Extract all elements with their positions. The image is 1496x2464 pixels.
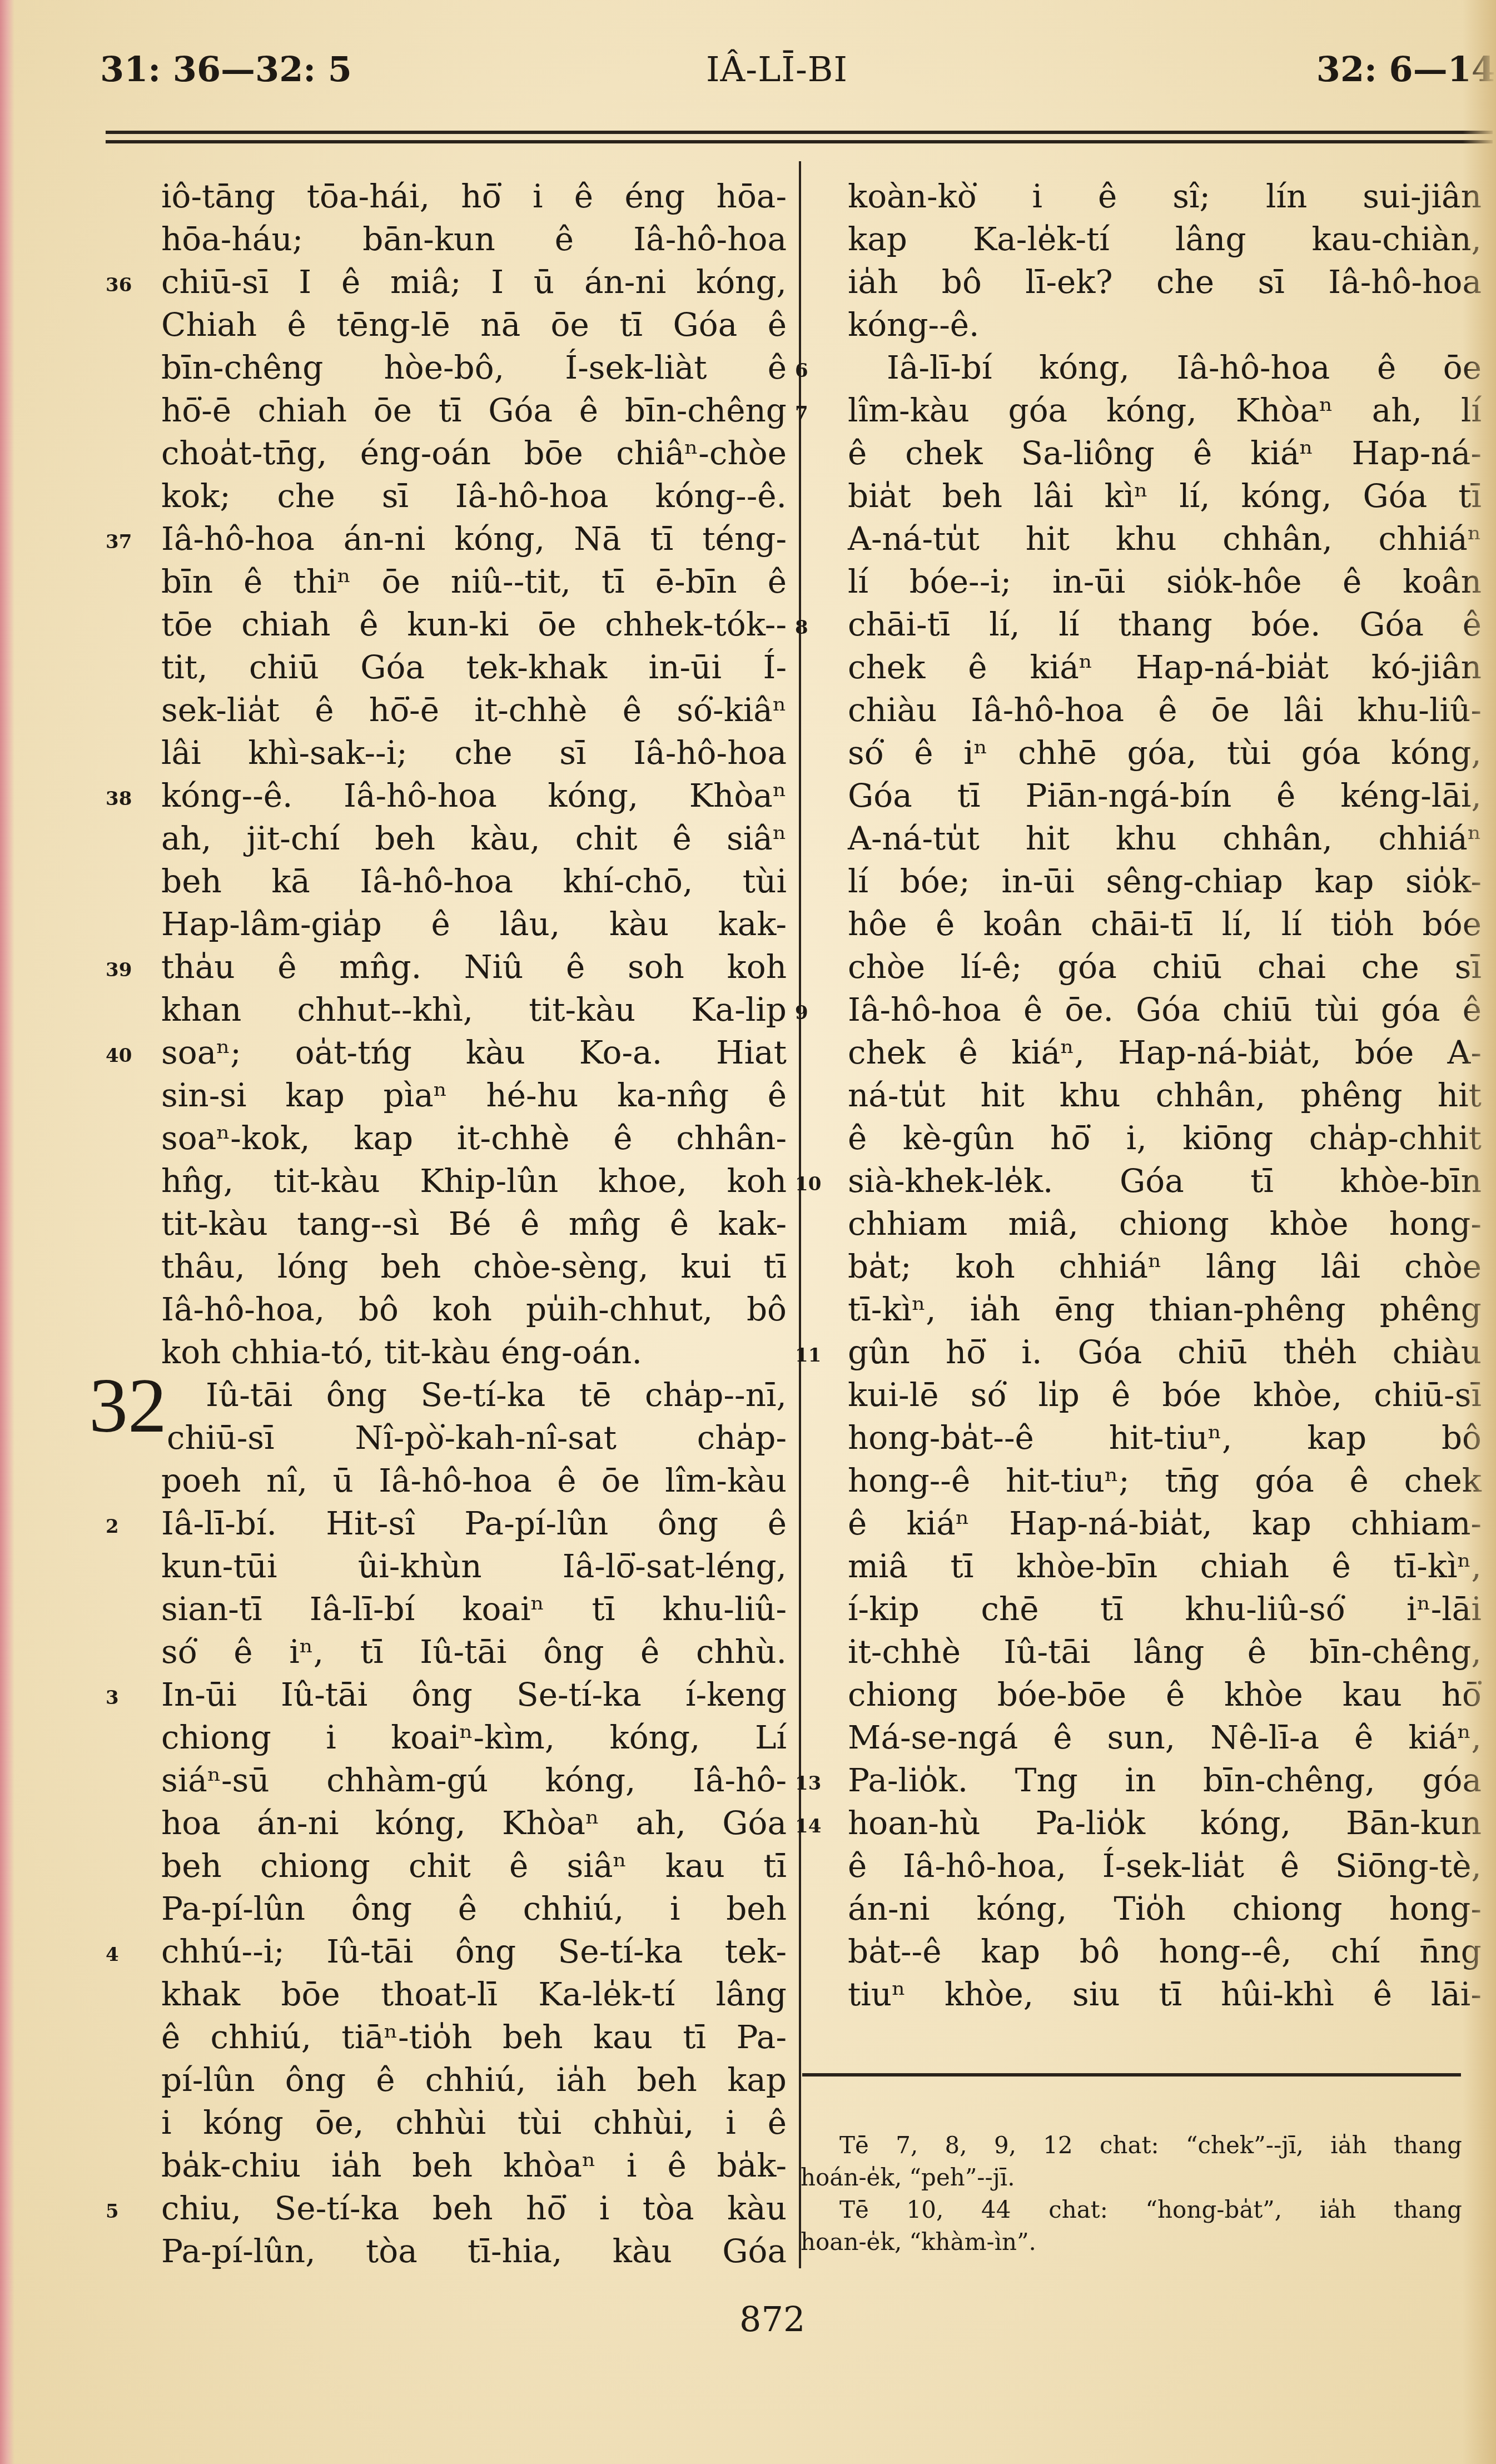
header-double-rule-top [106, 131, 1493, 134]
line-text: bīn ê thiⁿ ōe niû--tit, tī ē-bīn ê [161, 563, 787, 600]
header-double-rule-bottom [106, 140, 1493, 143]
text-line: ê kiáⁿ Hap-ná-bia̍t, kap chhiam- [848, 1502, 1482, 1545]
verse-number: 39 [106, 949, 145, 992]
verse-number: 8 [795, 607, 834, 649]
line-text: kun-tūi ûi-khùn Iâ-lō͘-sat-léng, [161, 1547, 787, 1585]
line-text: Iâ-lī-bí. Hit-sî Pa-pí-lûn ông ê [161, 1504, 787, 1542]
line-text: Iâ-hô-hoa án-ni kóng, Nā tī téng- [161, 520, 787, 558]
text-line: ba̍t--ê kap bô hong--ê, chí n̄ng [848, 1930, 1482, 1973]
line-text: kok; che sī Iâ-hô-hoa kóng--ê. [161, 477, 787, 515]
line-text: ê chhiú, tiāⁿ-tio̍h beh kau tī Pa- [161, 2018, 787, 2056]
text-line: Pa-pí-lûn ông ê chhiú, i beh [161, 1887, 787, 1930]
text-line: án-ni kóng, Tio̍h chiong hong- [848, 1887, 1482, 1930]
text-line: chek ê kiáⁿ Hap-ná-bia̍t kó-jiân [848, 646, 1482, 689]
text-line: 14hoan-hù Pa-lio̍k kóng, Bān-kun [848, 1802, 1482, 1845]
line-text: poeh nî, ū Iâ-hô-hoa ê ōe lîm-kàu [161, 1462, 787, 1499]
line-text: chek ê kiáⁿ, Hap-ná-bia̍t, bóe A- [848, 1034, 1482, 1071]
verse-number: 3 [106, 1677, 145, 1720]
verse-number: 37 [106, 521, 145, 564]
line-text: Chiah ê tēng-lē nā ōe tī Góa ê [161, 306, 787, 344]
text-line: sin-si kap pìaⁿ hé-hu ka-nn̂g ê [161, 1074, 787, 1117]
line-text: hong-ba̍t--ê hit-tiuⁿ, kap bô [848, 1419, 1482, 1457]
line-text: Pa-lio̍k. Tng in bīn-chêng, góa [848, 1761, 1482, 1799]
text-line: chiàu Iâ-hô-hoa ê ōe lâi khu-liû- [848, 689, 1482, 732]
line-text: choa̍t-tn̄g, éng-oán bōe chiâⁿ-chòe [161, 434, 787, 472]
text-line: bīn ê thiⁿ ōe niû--tit, tī ē-bīn ê [161, 560, 787, 603]
text-line: kóng--ê. [848, 304, 1482, 346]
page-number: 872 [739, 2299, 805, 2339]
line-text: kóng--ê. [848, 306, 980, 344]
line-text: tī-kìⁿ, ia̍h ēng thian-phêng phêng [848, 1290, 1482, 1328]
text-line: beh chiong chit ê siâⁿ kau tī [161, 1845, 787, 1887]
line-text: ah, jit-chí beh kàu, chit ê siâⁿ [161, 819, 787, 857]
text-line: lâi khì-sak--i; che sī Iâ-hô-hoa [161, 732, 787, 774]
line-text: tit, chiū Góa tek-khak in-ūi Í- [161, 648, 787, 686]
text-line: tit, chiū Góa tek-khak in-ūi Í- [161, 646, 787, 689]
verse-number: 9 [795, 992, 834, 1035]
footnote-line: Tē 10, 44 chat: “hong-ba̍t”, ia̍h thang [801, 2194, 1462, 2226]
line-text: khan chhut--khì, tit-kàu Ka-lip [161, 991, 787, 1029]
line-text: ba̍t--ê kap bô hong--ê, chí n̄ng [848, 1933, 1482, 1970]
line-text: chāi-tī lí, lí thang bóe. Góa ê [848, 605, 1482, 643]
text-line: 37Iâ-hô-hoa án-ni kóng, Nā tī téng- [161, 518, 787, 560]
verse-number: 40 [106, 1035, 145, 1077]
line-text: beh kā Iâ-hô-hoa khí-chō, tùi [161, 862, 787, 900]
running-head-left-reference: 31: 36—32: 5 [100, 44, 352, 95]
text-line: Góa tī Piān-ngá-bín ê kéng-lāi, [848, 774, 1482, 817]
line-text: tōe chiah ê kun-ki ōe chhek-tók-- [161, 605, 787, 643]
text-line: kui-lē só͘ li̍p ê bóe khòe, chiū-sī [848, 1374, 1482, 1417]
line-text: tha̍u ê mn̂g. Niû ê soh koh [161, 948, 787, 986]
line-text: sek-lia̍t ê hō͘-ē it-chhè ê só͘-kiâⁿ [161, 691, 787, 729]
line-text: chiong i koaiⁿ-kìm, kóng, Lí [161, 1718, 787, 1756]
line-text: gûn hō͘ i. Góa chiū the̍h chiàu [848, 1333, 1482, 1371]
text-line: ba̍k-chiu ia̍h beh khòaⁿ i ê ba̍k- [161, 2144, 787, 2187]
text-line: i kóng ōe, chhùi tùi chhùi, i ê [161, 2102, 787, 2144]
verse-number: 4 [106, 1934, 145, 1976]
text-line: ê chhiú, tiāⁿ-tio̍h beh kau tī Pa- [161, 2016, 787, 2059]
text-line: hn̂g, tit-kàu Khip-lûn khoe, koh [161, 1160, 787, 1203]
verse-number: 6 [795, 350, 834, 393]
line-text: chek ê kiáⁿ Hap-ná-bia̍t kó-jiân [848, 648, 1482, 686]
text-line: í-kip chē tī khu-liû-só͘ iⁿ-lāi [848, 1588, 1482, 1631]
line-text: lí bóe; in-ūi sêng-chiap kap sio̍k- [848, 862, 1482, 900]
text-line: ê Iâ-hô-hoa, Í-sek-lia̍t ê Siōng-tè, [848, 1845, 1482, 1887]
line-text: Iâ-hô-hoa, bô koh pu̍ih-chhut, bô [161, 1290, 787, 1328]
text-line: khan chhut--khì, tit-kàu Ka-lip [161, 988, 787, 1031]
text-line: A-ná-tu̍t hit khu chhân, chhiáⁿ [848, 817, 1482, 860]
line-text: A-ná-tu̍t hit khu chhân, chhiáⁿ [848, 520, 1482, 558]
line-text: hong--ê hit-tiuⁿ; tn̄g góa ê chek [848, 1462, 1482, 1499]
verse-number: 5 [106, 2190, 145, 2233]
text-line: Hap-lâm-gia̍p ê lâu, kàu kak- [161, 903, 787, 946]
running-head: 31: 36—32: 5 IÂ-LĪ-BI 32: 6—14 [100, 44, 1495, 95]
line-text: lí bóe--i; in-ūi sio̍k-hôe ê koân [848, 563, 1482, 600]
line-text: beh chiong chit ê siâⁿ kau tī [161, 1847, 787, 1885]
line-text: chiu, Se-tí-ka beh hō͘ i tòa kàu [161, 2189, 787, 2227]
text-line: 9Iâ-hô-hoa ê ōe. Góa chiū tùi góa ê [848, 988, 1482, 1031]
scanned-page: 31: 36—32: 5 IÂ-LĪ-BI 32: 6—14 iô-tāng t… [0, 0, 1496, 2464]
text-line: 4chhú--i; Iû-tāi ông Se-tí-ka tek- [161, 1930, 787, 1973]
text-line: 2Iâ-lī-bí. Hit-sî Pa-pí-lûn ông ê [161, 1502, 787, 1545]
line-text: ê Iâ-hô-hoa, Í-sek-lia̍t ê Siōng-tè, [848, 1847, 1482, 1885]
line-text: pí-lûn ông ê chhiú, ia̍h beh kap [161, 2061, 787, 2099]
line-text: Iû-tāi ông Se-tí-ka tē cha̍p--nī, [206, 1376, 787, 1414]
text-line: tit-kàu tang--sì Bé ê mn̂g ê kak- [161, 1203, 787, 1245]
text-line: 36chiū-sī I ê miâ; I ū án-ni kóng, [161, 261, 787, 304]
line-text: soaⁿ-kok, kap it-chhè ê chhân- [161, 1119, 787, 1157]
line-text: án-ni kóng, Tio̍h chiong hong- [848, 1890, 1482, 1928]
text-line: it-chhè Iû-tāi lâng ê bīn-chêng, [848, 1631, 1482, 1673]
text-line: só͘ ê iⁿ chhē góa, tùi góa kóng, [848, 732, 1482, 774]
line-text: chiàu Iâ-hô-hoa ê ōe lâi khu-liû- [848, 691, 1482, 729]
text-line: kok; che sī Iâ-hô-hoa kóng--ê. [161, 475, 787, 518]
line-text: iô-tāng tōa-hái, hō͘ i ê éng hōa- [161, 177, 787, 215]
text-line: ê chek Sa-liông ê kiáⁿ Hap-ná- [848, 432, 1482, 475]
text-line: siáⁿ-sū chhàm-gú kóng, Iâ-hô- [161, 1759, 787, 1802]
line-text: ba̍k-chiu ia̍h beh khòaⁿ i ê ba̍k- [161, 2147, 787, 2184]
text-line: koh chhia-tó, tit-kàu éng-oán. [161, 1331, 787, 1374]
line-text: chòe lí-ê; góa chiū chai che sī [848, 948, 1482, 986]
verse-number: 7 [795, 393, 834, 435]
text-line: lí bóe; in-ūi sêng-chiap kap sio̍k- [848, 860, 1482, 903]
verse-number: 36 [106, 264, 145, 307]
line-text: In-ūi Iû-tāi ông Se-tí-ka í-keng [161, 1676, 787, 1713]
text-line: 5chiu, Se-tí-ka beh hō͘ i tòa kàu [161, 2187, 787, 2230]
line-text: só͘ ê iⁿ chhē góa, tùi góa kóng, [848, 734, 1482, 772]
text-line: Má-se-ngá ê sun, Nê-lī-a ê kiáⁿ, [848, 1716, 1482, 1759]
verse-number: 14 [795, 1805, 834, 1848]
line-text: Má-se-ngá ê sun, Nê-lī-a ê kiáⁿ, [848, 1718, 1482, 1756]
verse-number: 38 [106, 778, 145, 821]
line-text: ia̍h bô lī-ek? che sī Iâ-hô-hoa [848, 263, 1482, 301]
text-line: beh kā Iâ-hô-hoa khí-chō, tùi [161, 860, 787, 903]
line-text: koàn-kò͘ i ê sî; lín sui-jiân [848, 177, 1482, 215]
text-line: 3In-ūi Iû-tāi ông Se-tí-ka í-keng [161, 1673, 787, 1716]
text-line: hong--ê hit-tiuⁿ; tn̄g góa ê chek [848, 1459, 1482, 1502]
text-line: sek-lia̍t ê hō͘-ē it-chhè ê só͘-kiâⁿ [161, 689, 787, 732]
text-line: Iû-tāi ông Se-tí-ka tē cha̍p--nī,32 [161, 1374, 787, 1417]
line-text: thâu, lóng beh chòe-sèng, kui tī [161, 1248, 787, 1285]
line-text: sian-tī Iâ-lī-bí koaiⁿ tī khu-liû- [161, 1590, 787, 1628]
chapter-number: 32 [89, 1367, 167, 1445]
right-column: koàn-kò͘ i ê sî; lín sui-jiânkap Ka-le̍k… [848, 175, 1482, 2016]
line-text: ba̍t; koh chhiáⁿ lâng lâi chòe [848, 1248, 1482, 1285]
text-line: só͘ ê iⁿ, tī Iû-tāi ông ê chhù. [161, 1631, 787, 1673]
text-line: 8chāi-tī lí, lí thang bóe. Góa ê [848, 603, 1482, 646]
text-line: chiong bóe-bōe ê khòe kau hō͘ [848, 1673, 1482, 1716]
text-line: khak bōe thoat-lī Ka-le̍k-tí lâng [161, 1973, 787, 2016]
line-text: Iâ-lī-bí kóng, Iâ-hô-hoa ê ōe [887, 349, 1482, 386]
line-text: A-ná-tu̍t hit khu chhân, chhiáⁿ [848, 819, 1482, 857]
line-text: Pa-pí-lûn ông ê chhiú, i beh [161, 1890, 787, 1928]
text-line: kap Ka-le̍k-tí lâng kau-chiàn, [848, 218, 1482, 261]
line-text: kui-lē só͘ li̍p ê bóe khòe, chiū-sī [848, 1376, 1482, 1414]
line-text: chhú--i; Iû-tāi ông Se-tí-ka tek- [161, 1933, 787, 1970]
text-line: koàn-kò͘ i ê sî; lín sui-jiân [848, 175, 1482, 218]
line-text: í-kip chē tī khu-liû-só͘ iⁿ-lāi [848, 1590, 1482, 1628]
line-text: khak bōe thoat-lī Ka-le̍k-tí lâng [161, 1975, 787, 2013]
text-line: 38kóng--ê. Iâ-hô-hoa kóng, Khòaⁿ [161, 774, 787, 817]
line-text: só͘ ê iⁿ, tī Iû-tāi ông ê chhù. [161, 1633, 787, 1671]
line-text: chiong bóe-bōe ê khòe kau hō͘ [848, 1676, 1482, 1713]
text-line: hong-ba̍t--ê hit-tiuⁿ, kap bô [848, 1417, 1482, 1459]
text-line: 39tha̍u ê mn̂g. Niû ê soh koh [161, 946, 787, 988]
text-line: bīn-chêng hòe-bô, Í-sek-liàt ê [161, 346, 787, 389]
text-line: hō͘-ē chiah ōe tī Góa ê bīn-chêng [161, 389, 787, 432]
line-text: tiuⁿ khòe, siu tī hûi-khì ê lāi- [848, 1975, 1482, 2013]
text-line: iô-tāng tōa-hái, hō͘ i ê éng hōa- [161, 175, 787, 218]
line-text: chiū-sī Nî-pò͘-kah-nî-sat cha̍p- [167, 1419, 787, 1457]
text-line: kun-tūi ûi-khùn Iâ-lō͘-sat-léng, [161, 1545, 787, 1588]
line-text: hōa-háu; bān-kun ê Iâ-hô-hoa [161, 220, 787, 258]
line-text: it-chhè Iû-tāi lâng ê bīn-chêng, [848, 1633, 1482, 1671]
text-line: chiong i koaiⁿ-kìm, kóng, Lí [161, 1716, 787, 1759]
text-line: ê kè-gûn hō͘ i, kiōng cha̍p-chhit [848, 1117, 1482, 1160]
line-text: Góa tī Piān-ngá-bín ê kéng-lāi, [848, 777, 1482, 814]
line-text: lîm-kàu góa kóng, Khòaⁿ ah, lí [848, 391, 1482, 429]
text-line: choa̍t-tn̄g, éng-oán bōe chiâⁿ-chòe [161, 432, 787, 475]
footnotes: Tē 7, 8, 9, 12 chat: “chek”--jī, ia̍h th… [801, 2129, 1462, 2258]
text-line: Chiah ê tēng-lē nā ōe tī Góa ê [161, 304, 787, 346]
line-text: kap Ka-le̍k-tí lâng kau-chiàn, [848, 220, 1482, 258]
left-column: iô-tāng tōa-hái, hō͘ i ê éng hōa-hōa-háu… [161, 175, 787, 2273]
line-text: ê chek Sa-liông ê kiáⁿ Hap-ná- [848, 434, 1482, 472]
text-line: 11gûn hō͘ i. Góa chiū the̍h chiàu [848, 1331, 1482, 1374]
verse-number: 2 [106, 1506, 145, 1548]
line-text: chiū-sī I ê miâ; I ū án-ni kóng, [161, 263, 787, 301]
text-line: soaⁿ-kok, kap it-chhè ê chhân- [161, 1117, 787, 1160]
text-line: chek ê kiáⁿ, Hap-ná-bia̍t, bóe A- [848, 1031, 1482, 1074]
line-text: miâ tī khòe-bīn chiah ê tī-kìⁿ, [848, 1547, 1482, 1585]
text-line: bia̍t beh lâi kìⁿ lí, kóng, Góa tī [848, 475, 1482, 518]
line-text: Hap-lâm-gia̍p ê lâu, kàu kak- [161, 905, 787, 943]
text-line: miâ tī khòe-bīn chiah ê tī-kìⁿ, [848, 1545, 1482, 1588]
line-text: sià-khek-le̍k. Góa tī khòe-bīn [848, 1162, 1482, 1200]
line-text: bia̍t beh lâi kìⁿ lí, kóng, Góa tī [848, 477, 1482, 515]
text-line: chhiam miâ, chiong khòe hong- [848, 1203, 1482, 1245]
text-line: thâu, lóng beh chòe-sèng, kui tī [161, 1245, 787, 1288]
text-line: tōe chiah ê kun-ki ōe chhek-tók-- [161, 603, 787, 646]
verse-number: 11 [795, 1334, 834, 1377]
text-line: 13Pa-lio̍k. Tng in bīn-chêng, góa [848, 1759, 1482, 1802]
line-text: ê kè-gûn hō͘ i, kiōng cha̍p-chhit [848, 1119, 1482, 1157]
column-divider [799, 161, 801, 2268]
line-text: i kóng ōe, chhùi tùi chhùi, i ê [161, 2104, 787, 2142]
text-line: ná-tu̍t hit khu chhân, phêng hit [848, 1074, 1482, 1117]
text-line: tī-kìⁿ, ia̍h ēng thian-phêng phêng [848, 1288, 1482, 1331]
text-line: hôe ê koân chāi-tī lí, lí tio̍h bóe [848, 903, 1482, 946]
text-line: 6Iâ-lī-bí kóng, Iâ-hô-hoa ê ōe [848, 346, 1482, 389]
line-text: ná-tu̍t hit khu chhân, phêng hit [848, 1076, 1482, 1114]
line-text: Iâ-hô-hoa ê ōe. Góa chiū tùi góa ê [848, 991, 1482, 1029]
line-text: tit-kàu tang--sì Bé ê mn̂g ê kak- [161, 1205, 787, 1243]
text-line: pí-lûn ông ê chhiú, ia̍h beh kap [161, 2059, 787, 2102]
text-line: 10sià-khek-le̍k. Góa tī khòe-bīn [848, 1160, 1482, 1203]
line-text: lâi khì-sak--i; che sī Iâ-hô-hoa [161, 734, 787, 772]
line-text: sin-si kap pìaⁿ hé-hu ka-nn̂g ê [161, 1076, 787, 1114]
text-line: 7lîm-kàu góa kóng, Khòaⁿ ah, lí [848, 389, 1482, 432]
footnote-line: hoán-e̍k, “peh”--jī. [801, 2162, 1462, 2194]
line-text: kóng--ê. Iâ-hô-hoa kóng, Khòaⁿ [161, 777, 787, 814]
text-line: hoa án-ni kóng, Khòaⁿ ah, Góa [161, 1802, 787, 1845]
footnote-rule [802, 2073, 1461, 2076]
verse-number: 10 [795, 1163, 834, 1206]
line-text: siáⁿ-sū chhàm-gú kóng, Iâ-hô- [161, 1761, 787, 1799]
text-line: ah, jit-chí beh kàu, chit ê siâⁿ [161, 817, 787, 860]
footnote-line: Tē 7, 8, 9, 12 chat: “chek”--jī, ia̍h th… [801, 2129, 1462, 2162]
line-text: ê kiáⁿ Hap-ná-bia̍t, kap chhiam- [848, 1504, 1482, 1542]
line-text: bīn-chêng hòe-bô, Í-sek-liàt ê [161, 349, 787, 386]
text-line: Iâ-hô-hoa, bô koh pu̍ih-chhut, bô [161, 1288, 787, 1331]
text-line: ia̍h bô lī-ek? che sī Iâ-hô-hoa [848, 261, 1482, 304]
line-text: hoa án-ni kóng, Khòaⁿ ah, Góa [161, 1804, 787, 1842]
line-text: hôe ê koân chāi-tī lí, lí tio̍h bóe [848, 905, 1482, 943]
footnote-line: hoan-e̍k, “khàm-ìn”. [801, 2226, 1462, 2258]
text-line: A-ná-tu̍t hit khu chhân, chhiáⁿ [848, 518, 1482, 560]
text-line: chiū-sī Nî-pò͘-kah-nî-sat cha̍p- [161, 1417, 787, 1459]
text-line: 40soaⁿ; oa̍t-tńg kàu Ko-a. Hiat [161, 1031, 787, 1074]
text-line: ba̍t; koh chhiáⁿ lâng lâi chòe [848, 1245, 1482, 1288]
verse-number: 13 [795, 1762, 834, 1805]
line-text: hn̂g, tit-kàu Khip-lûn khoe, koh [161, 1162, 787, 1200]
running-head-right-reference: 32: 6—14 [1316, 44, 1495, 95]
line-text: hoan-hù Pa-lio̍k kóng, Bān-kun [848, 1804, 1482, 1842]
line-text: hō͘-ē chiah ōe tī Góa ê bīn-chêng [161, 391, 787, 429]
text-line: hōa-háu; bān-kun ê Iâ-hô-hoa [161, 218, 787, 261]
text-line: tiuⁿ khòe, siu tī hûi-khì ê lāi- [848, 1973, 1482, 2016]
running-head-book-title: IÂ-LĪ-BI [706, 44, 848, 95]
text-line: chòe lí-ê; góa chiū chai che sī [848, 946, 1482, 988]
line-text: chhiam miâ, chiong khòe hong- [848, 1205, 1482, 1243]
text-line: poeh nî, ū Iâ-hô-hoa ê ōe lîm-kàu [161, 1459, 787, 1502]
text-line: sian-tī Iâ-lī-bí koaiⁿ tī khu-liû- [161, 1588, 787, 1631]
line-text: Pa-pí-lûn, tòa tī-hia, kàu Góa [161, 2232, 787, 2270]
line-text: soaⁿ; oa̍t-tńg kàu Ko-a. Hiat [161, 1034, 787, 1071]
text-line: Pa-pí-lûn, tòa tī-hia, kàu Góa [161, 2230, 787, 2273]
text-line: lí bóe--i; in-ūi sio̍k-hôe ê koân [848, 560, 1482, 603]
line-text: koh chhia-tó, tit-kàu éng-oán. [161, 1333, 642, 1371]
